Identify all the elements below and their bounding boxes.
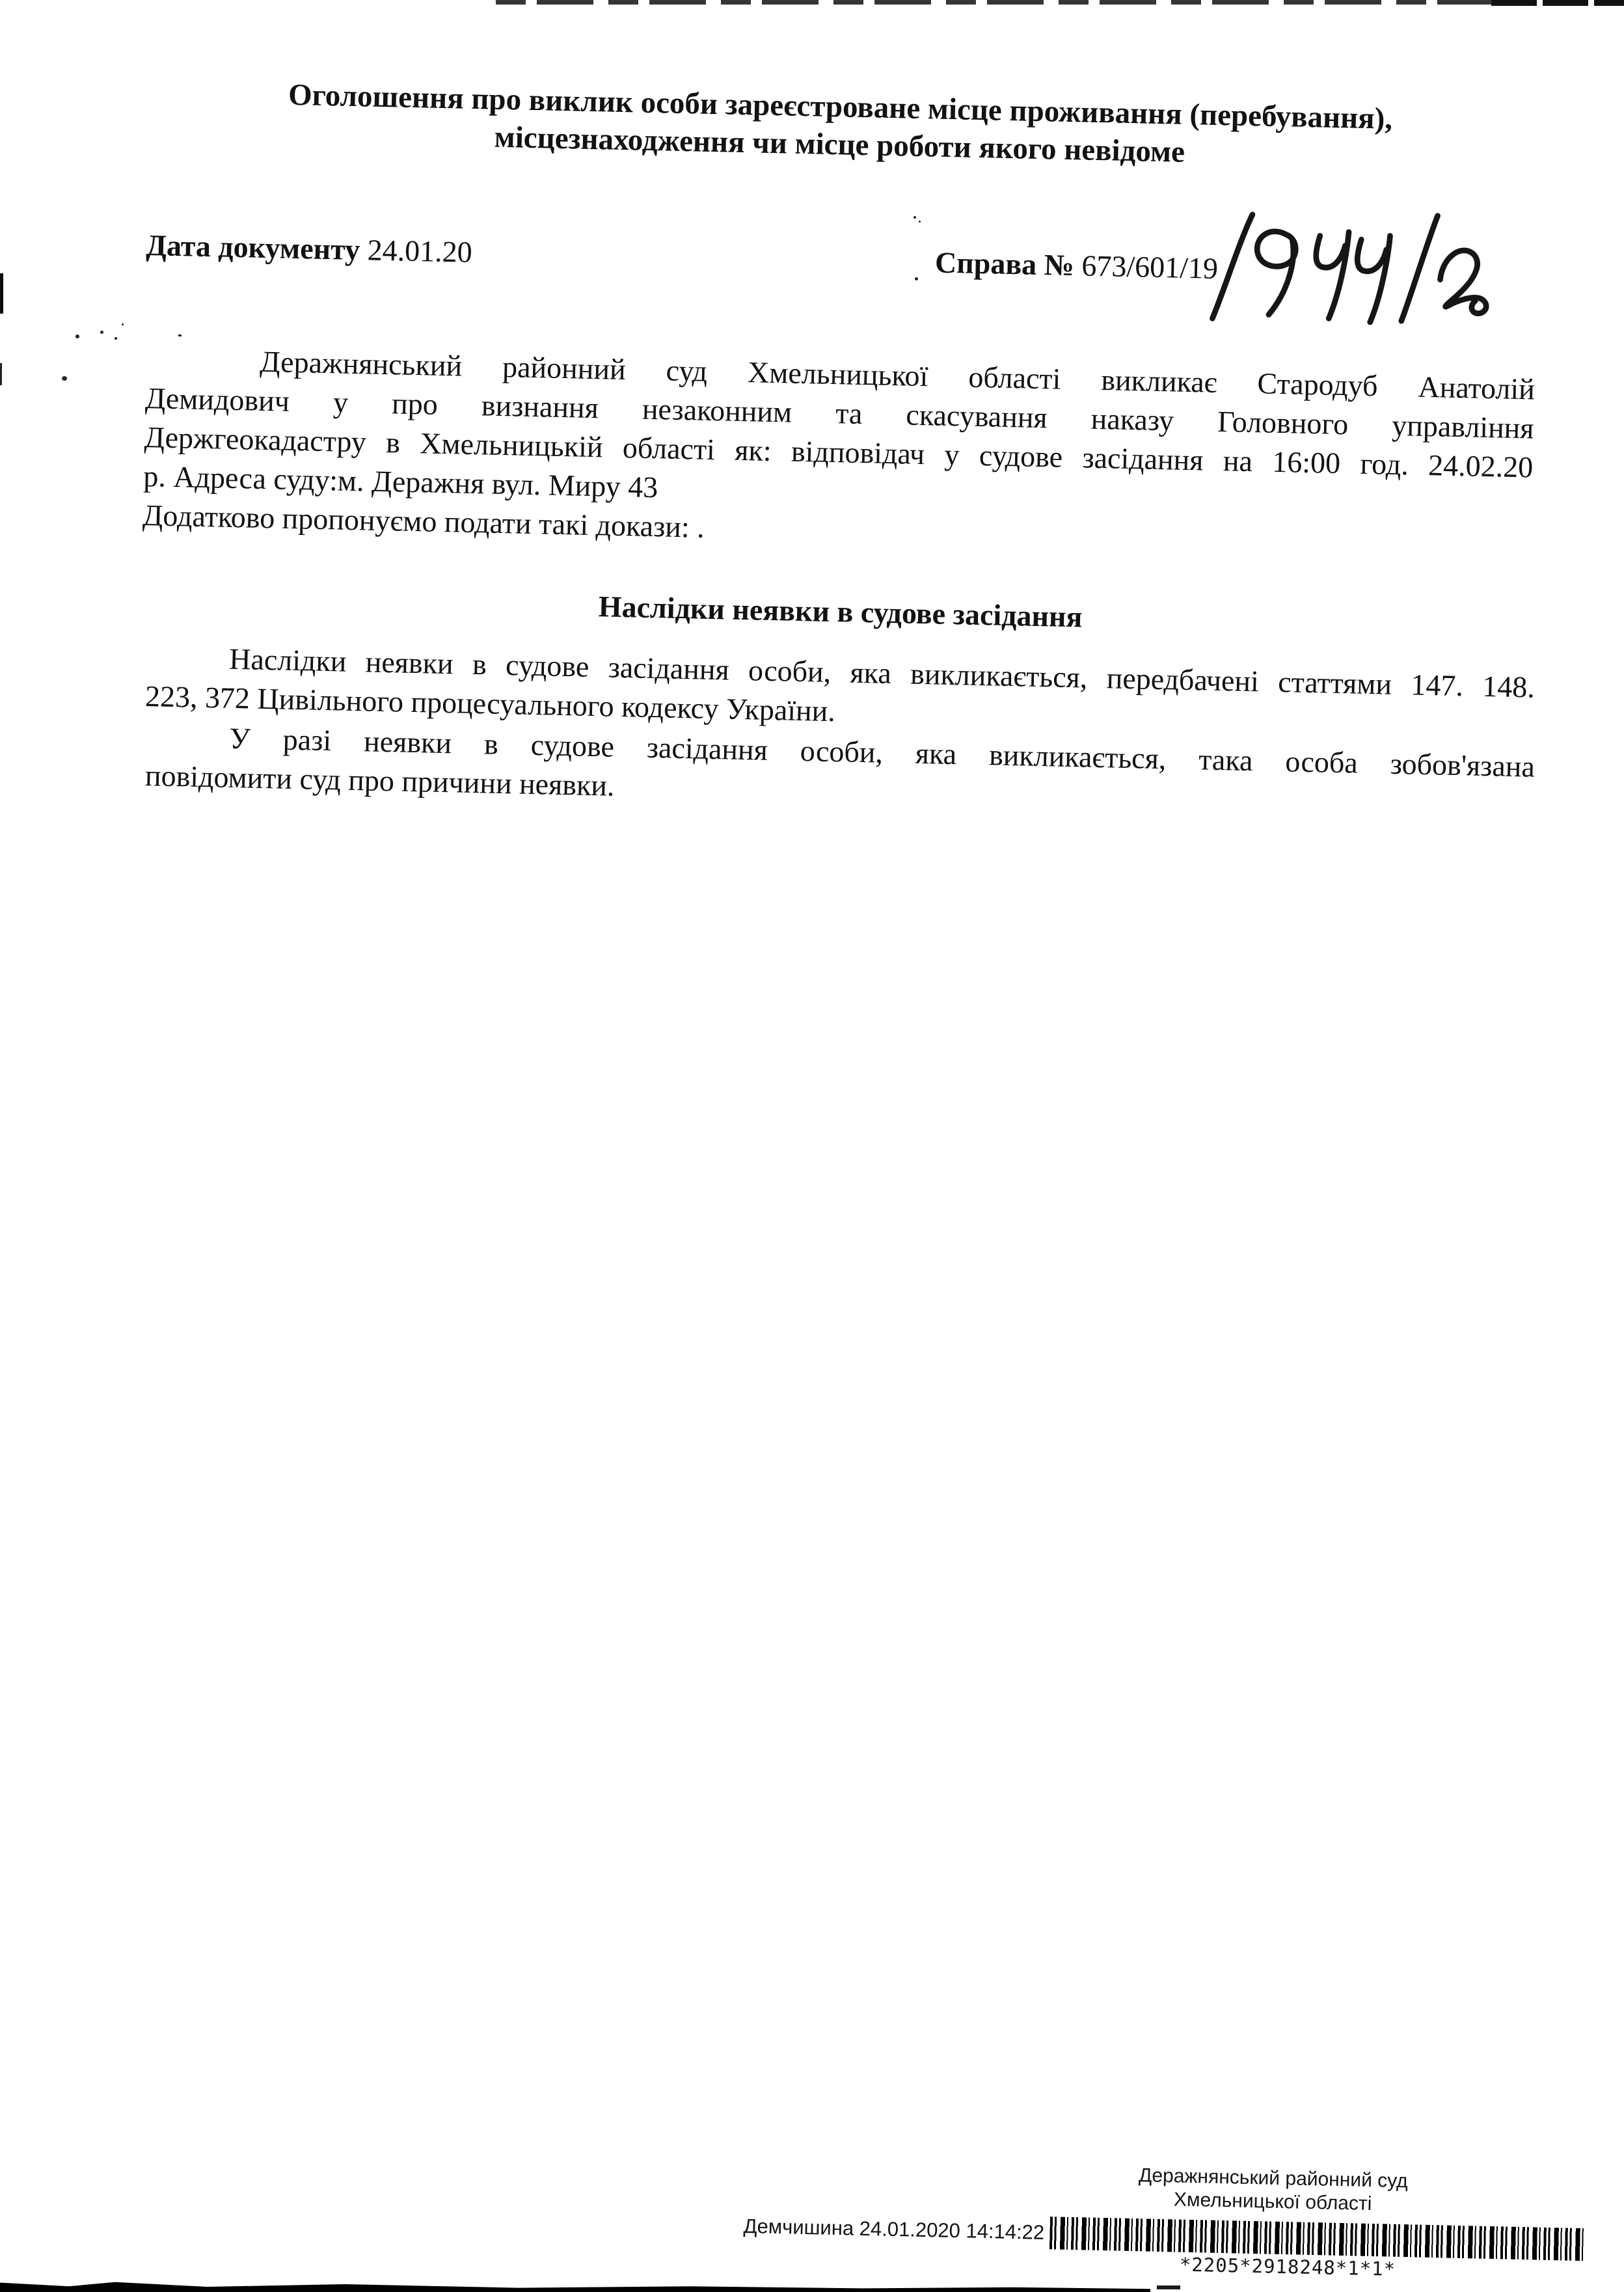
scan-edge-artifact-top-right	[1491, 0, 1624, 6]
scanned-document-page: Оголошення про виклик особи зареєстрован…	[0, 0, 1624, 2292]
scan-speck	[115, 337, 117, 340]
date-label: Дата документу	[146, 228, 360, 266]
case-number-printed: 673/601/19	[1081, 249, 1219, 285]
scan-speck	[75, 334, 79, 338]
date-value: 24.01.20	[367, 233, 472, 269]
scan-edge-artifact-left	[0, 273, 3, 314]
scan-speck	[122, 323, 124, 325]
document-date: Дата документу 24.01.20	[146, 228, 472, 269]
scan-edge-artifact-bottom-dash	[1157, 2285, 1180, 2289]
footer-stamp-text: Демчишина 24.01.2020 14:14:22	[743, 2210, 1045, 2249]
scan-edge-artifact-left-2	[0, 363, 2, 385]
handwritten-case-number	[1202, 207, 1496, 326]
scan-edge-artifact-top	[496, 0, 1491, 5]
paragraph-summons: Деражнянський районний суд Хмельницької …	[142, 340, 1535, 566]
scan-speck	[178, 334, 182, 336]
scan-speck	[62, 376, 67, 381]
footer-court-name: Деражнянський районний суд Хмельницької …	[744, 2155, 1587, 2220]
footer-stamp-block: Деражнянський районний суд Хмельницької …	[742, 2155, 1587, 2284]
scan-speck	[100, 331, 103, 334]
scan-edge-artifact-bottom	[0, 2282, 1150, 2292]
document-title: Оголошення про виклик особи зареєстрован…	[144, 73, 1535, 179]
scan-speck	[913, 216, 916, 219]
case-number: Справа № 673/601/19	[935, 245, 1219, 285]
scan-speck	[919, 221, 921, 223]
section-heading: Наслідки неявки в судове засідання	[146, 579, 1536, 644]
case-label: Справа №	[935, 245, 1075, 282]
